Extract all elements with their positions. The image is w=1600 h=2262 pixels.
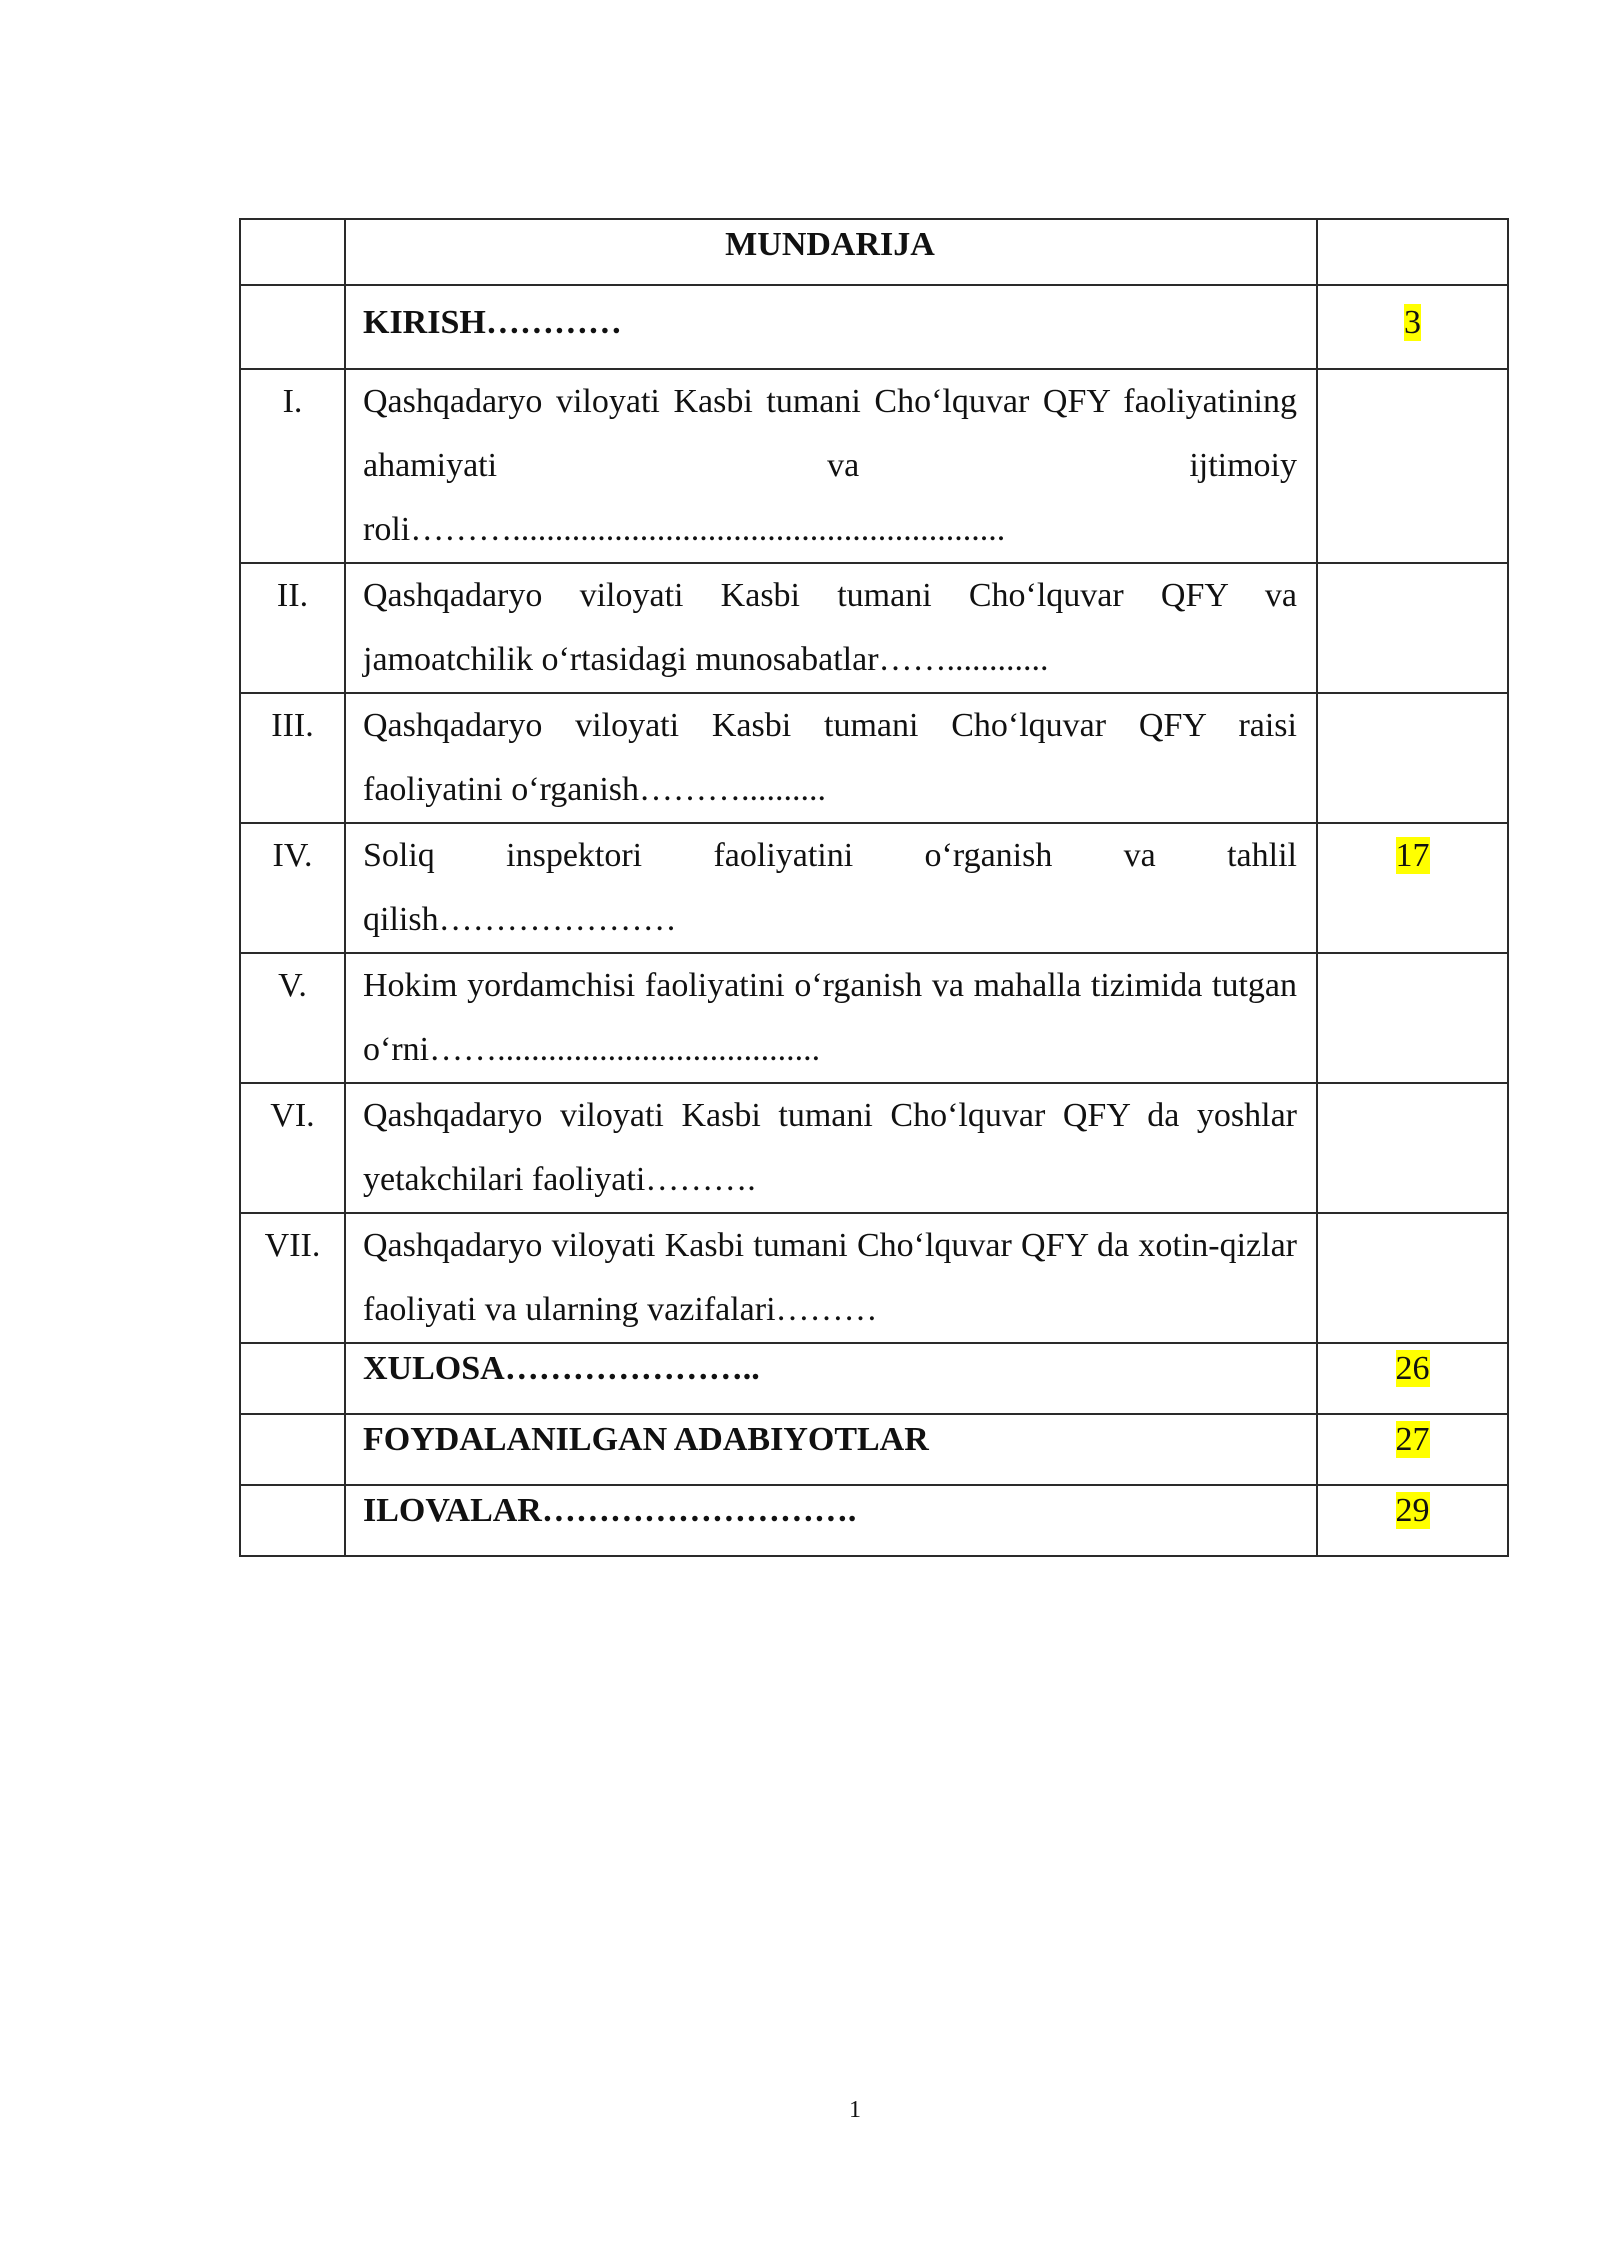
toc-page-number: 17 (1396, 837, 1430, 874)
toc-page-number: 26 (1396, 1350, 1430, 1387)
toc-entry-title[interactable]: Qashqadaryo viloyati Kasbi tumani Cho‘lq… (345, 1083, 1317, 1213)
toc-page-cell (1317, 693, 1508, 823)
toc-row-chapter-4: IV. Soliq inspektori faoliyatini o‘rgani… (240, 823, 1508, 953)
toc-row-intro: KIRISH………… 3 (240, 285, 1508, 369)
chapter-number: V. (240, 953, 345, 1083)
toc-entry-title[interactable]: FOYDALANILGAN ADABIYOTLAR (345, 1414, 1317, 1485)
toc-row-appendices: ILOVALAR………………………. 29 (240, 1485, 1508, 1556)
chapter-number: VI. (240, 1083, 345, 1213)
table-of-contents: MUNDARIJA KIRISH………… 3 I. Qashqadaryo vi… (239, 218, 1509, 1557)
toc-row-chapter-2: II. Qashqadaryo viloyati Kasbi tumani Ch… (240, 563, 1508, 693)
toc-row-chapter-7: VII. Qashqadaryo viloyati Kasbi tumani C… (240, 1213, 1508, 1343)
toc-page-cell (1317, 1213, 1508, 1343)
toc-entry-title[interactable]: Qashqadaryo viloyati Kasbi tumani Cho‘lq… (345, 563, 1317, 693)
toc-row-chapter-5: V. Hokim yordamchisi faoliyatini o‘rgani… (240, 953, 1508, 1083)
toc-entry-title[interactable]: XULOSA………………….. (345, 1343, 1317, 1414)
toc-row-chapter-6: VI. Qashqadaryo viloyati Kasbi tumani Ch… (240, 1083, 1508, 1213)
toc-row-conclusion: XULOSA………………….. 26 (240, 1343, 1508, 1414)
toc-entry-title[interactable]: Hokim yordamchisi faoliyatini o‘rganish … (345, 953, 1317, 1083)
toc-heading: MUNDARIJA (345, 219, 1317, 285)
chapter-number: VII. (240, 1213, 345, 1343)
toc-header-num-cell (240, 219, 345, 285)
toc-page-number: 3 (1404, 304, 1421, 341)
chapter-number: IV. (240, 823, 345, 953)
chapter-number: III. (240, 693, 345, 823)
toc-page-cell (1317, 563, 1508, 693)
toc-entry-title[interactable]: Qashqadaryo viloyati Kasbi tumani Cho‘lq… (345, 369, 1317, 563)
toc-entry-title[interactable]: KIRISH………… (345, 285, 1317, 369)
chapter-number: II. (240, 563, 345, 693)
toc-page-number: 27 (1396, 1421, 1430, 1458)
toc-entry-title[interactable]: Qashqadaryo viloyati Kasbi tumani Cho‘lq… (345, 1213, 1317, 1343)
toc-header-row: MUNDARIJA (240, 219, 1508, 285)
toc-page-cell (1317, 369, 1508, 563)
toc-entry-title[interactable]: Qashqadaryo viloyati Kasbi tumani Cho‘lq… (345, 693, 1317, 823)
toc-row-chapter-1: I. Qashqadaryo viloyati Kasbi tumani Cho… (240, 369, 1508, 563)
toc-row-references: FOYDALANILGAN ADABIYOTLAR 27 (240, 1414, 1508, 1485)
page-number: 1 (0, 2090, 1600, 2130)
toc-row-chapter-3: III. Qashqadaryo viloyati Kasbi tumani C… (240, 693, 1508, 823)
toc-page-number: 29 (1396, 1492, 1430, 1529)
toc-page-cell (1317, 953, 1508, 1083)
toc-header-page-cell (1317, 219, 1508, 285)
toc-entry-title[interactable]: ILOVALAR………………………. (345, 1485, 1317, 1556)
toc-page-cell (1317, 1083, 1508, 1213)
chapter-number: I. (240, 369, 345, 563)
toc-entry-title[interactable]: Soliq inspektori faoliyatini o‘rganish v… (345, 823, 1317, 953)
